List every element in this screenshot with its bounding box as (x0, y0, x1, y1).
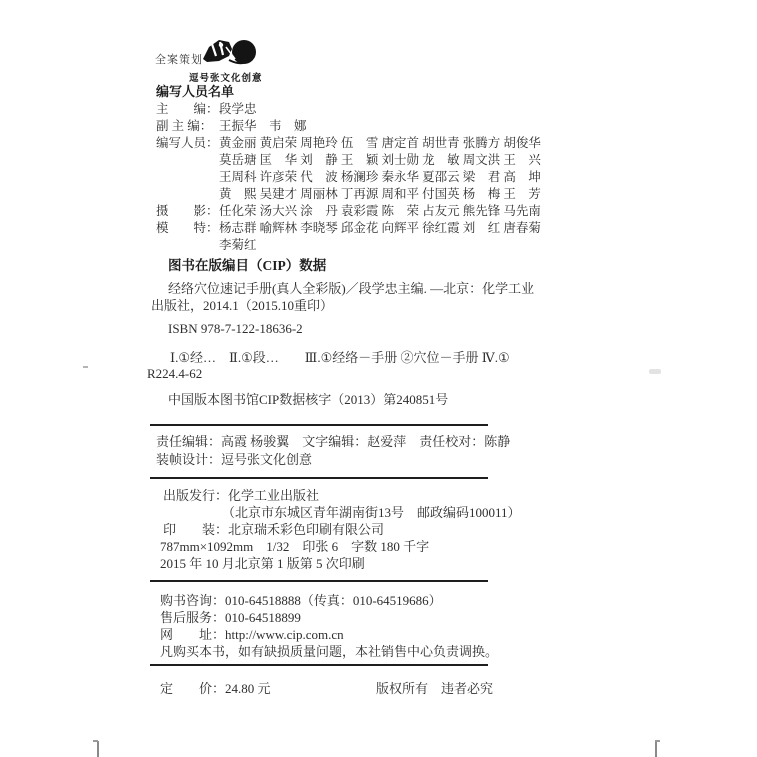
staff-names: 王周科 许彦荣 代 波 杨澜珍 秦永华 夏邵云 梁 君 高 坤 (219, 170, 541, 184)
staff-row: 黄 熙 吴建才 周丽林 丁再源 周和平 付国英 杨 梅 王 芳 (156, 186, 541, 203)
divider-price (150, 664, 488, 666)
staff-row: 模 特：杨志群 喻辉林 李晓琴 邱金花 向辉平 徐红霞 刘 红 唐春菊 (156, 220, 541, 237)
staff-names: 黄金丽 黄启荣 周艳玲 伍 雪 唐定首 胡世青 张腾方 胡俊华 (219, 136, 541, 150)
cip-classification-line-1: Ⅰ.①经… Ⅱ.①段… Ⅲ.①经络－手册 ②穴位－手册 Ⅳ.① (170, 350, 510, 366)
staff-role-label: 模 特： (156, 220, 219, 237)
staff-role-label: 编写人员： (156, 135, 219, 152)
comma-zhang-logo-icon (199, 35, 257, 69)
cip-book-line-2: 出版社，2014.1（2015.10重印） (151, 298, 333, 314)
purchase-phone-line: 购书咨询：010-64518888（传真：010-64519686） (160, 593, 442, 609)
staff-role-label: 副 主 编： (156, 118, 219, 135)
registration-dash-left (83, 366, 88, 368)
after-sales-line: 售后服务：010-64518899 (160, 610, 301, 626)
cip-isbn: ISBN 978-7-122-18636-2 (168, 321, 303, 337)
divider-publishing (150, 580, 488, 582)
cip-classification-line-2: R224.4-62 (147, 366, 202, 382)
cip-heading: 图书在版编目（CIP）数据 (168, 258, 326, 274)
editors-line-1: 责任编辑：高霞 杨骏翼 文字编辑：赵爱萍 责任校对：陈静 (156, 434, 510, 450)
staff-row: 副 主 编：王振华 韦 娜 (156, 118, 541, 135)
staff-row: 王周科 许彦荣 代 波 杨澜珍 秦永华 夏邵云 梁 君 高 坤 (156, 169, 541, 186)
registration-dash-right (649, 369, 661, 374)
staff-row: 莫岳瑭 匡 华 刘 静 王 颖 刘士勋 龙 敏 周文洪 王 兴 (156, 152, 541, 169)
staff-row: 李菊红 (156, 237, 541, 254)
crop-mark-bottom-left (93, 739, 103, 757)
copyright-page: { "page": {"background": "#ffffff", "ink… (0, 0, 757, 757)
staff-list: 主 编：段学忠 副 主 编：王振华 韦 娜 编写人员：黄金丽 黄启荣 周艳玲 伍… (156, 101, 541, 254)
crop-mark-bottom-right (651, 739, 661, 757)
publisher-address: （北京市东城区青年湖南街13号 邮政编码100011） (222, 505, 521, 521)
cip-record-number: 中国版本图书馆CIP数据核字（2013）第240851号 (168, 392, 448, 408)
planning-label: 全案策划 (155, 52, 203, 68)
staff-names: 黄 熙 吴建才 周丽林 丁再源 周和平 付国英 杨 梅 王 芳 (219, 187, 541, 201)
copyright-notice: 版权所有 违者必究 (376, 681, 493, 697)
cip-book-line-1: 经络穴位速记手册(真人全彩版)／段学忠主编. —北京：化学工业 (168, 281, 534, 297)
format-line: 787mm×1092mm 1/32 印张 6 字数 180 千字 (160, 539, 429, 555)
staff-names: 李菊红 (219, 238, 257, 252)
website-line: 网 址：http://www.cip.com.cn (160, 627, 344, 643)
staff-names: 任化荣 汤大兴 涂 丹 袁彩霞 陈 荣 占友元 熊先锋 马先南 (219, 204, 541, 218)
publisher-line: 出版发行：化学工业出版社 (163, 488, 319, 504)
staff-row: 摄 影：任化荣 汤大兴 涂 丹 袁彩霞 陈 荣 占友元 熊先锋 马先南 (156, 203, 541, 220)
staff-list-title: 编写人员名单 (156, 84, 234, 100)
staff-names: 段学忠 (219, 102, 257, 116)
printer-line: 印 装：北京瑞禾彩色印刷有限公司 (163, 522, 384, 538)
staff-names: 王振华 韦 娜 (219, 119, 307, 133)
staff-names: 莫岳瑭 匡 华 刘 静 王 颖 刘士勋 龙 敏 周文洪 王 兴 (219, 153, 541, 167)
price-label: 定 价：24.80 元 (160, 681, 271, 697)
staff-row: 编写人员：黄金丽 黄启荣 周艳玲 伍 雪 唐定首 胡世青 张腾方 胡俊华 (156, 135, 541, 152)
divider-editors (150, 477, 488, 479)
edition-line: 2015 年 10 月北京第 1 版第 5 次印刷 (160, 556, 365, 572)
brand-logo-text: 逗号张文化创意 (189, 70, 263, 84)
exchange-notice: 凡购买本书，如有缺损质量问题，本社销售中心负责调换。 (160, 644, 498, 660)
staff-role-label: 主 编： (156, 101, 219, 118)
staff-row: 主 编：段学忠 (156, 101, 541, 118)
editors-line-2: 装帧设计：逗号张文化创意 (156, 452, 312, 468)
divider-top (150, 424, 488, 426)
staff-names: 杨志群 喻辉林 李晓琴 邱金花 向辉平 徐红霞 刘 红 唐春菊 (219, 221, 541, 235)
staff-role-label: 摄 影： (156, 203, 219, 220)
